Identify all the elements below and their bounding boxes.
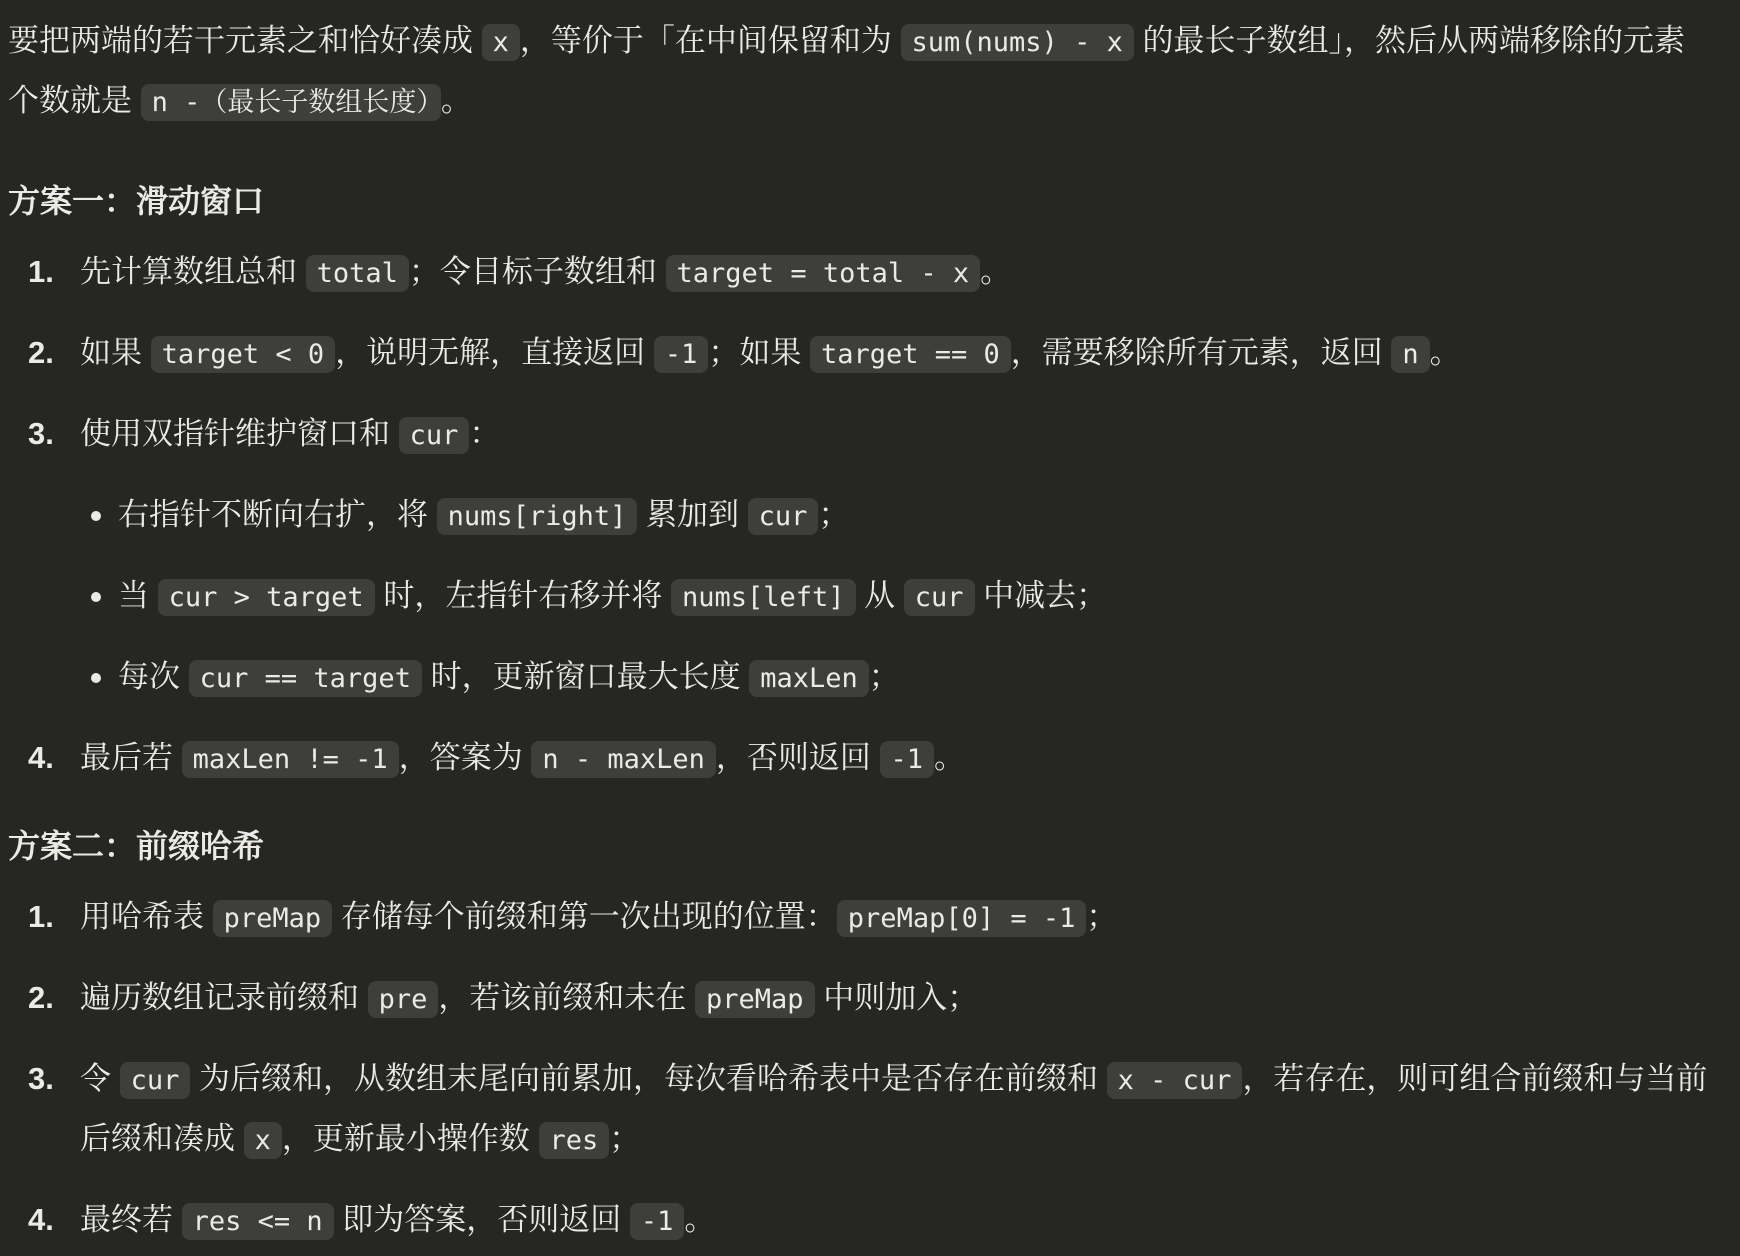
inline-code: nums[left] [671, 579, 856, 616]
list-item: 4.最后若 maxLen != -1，答案为 n - maxLen，否则返回 -… [8, 729, 1714, 789]
inline-code: n - maxLen [531, 741, 716, 778]
text-run: 。 [934, 740, 965, 775]
text-run: 。 [441, 83, 472, 118]
inline-code: preMap [695, 981, 815, 1018]
list-marker: 4. [28, 729, 54, 787]
list-marker: 1. [28, 243, 54, 301]
text-run: ，否则返回 [716, 740, 880, 775]
text-run: ，需要移除所有元素，返回 [1011, 335, 1392, 370]
inline-code: cur == target [189, 660, 422, 697]
text-run: 中则加入； [815, 980, 979, 1015]
text-run: ； [818, 497, 849, 532]
text-run: 即为答案，否则返回 [334, 1202, 630, 1237]
text-run: 当 [118, 578, 158, 613]
inline-code: nums[right] [437, 498, 638, 535]
list-marker: 2. [28, 324, 54, 382]
inline-code: n -（最长子数组长度） [141, 84, 441, 121]
text-run: 遍历数组记录前缀和 [80, 980, 368, 1015]
inline-code: preMap[0] = -1 [837, 900, 1087, 937]
section-heading: 方案二：前缀哈希 [8, 825, 1714, 867]
list-marker: 3. [28, 1050, 54, 1108]
inline-code: x [482, 24, 520, 61]
text-run: ；令目标子数组和 [409, 254, 666, 289]
text-run: 如果 [80, 335, 151, 370]
text-run: 累加到 [637, 497, 747, 532]
list-item: 3.令 cur 为后缀和，从数组末尾向前累加，每次看哈希表中是否存在前缀和 x … [8, 1050, 1714, 1170]
text-run: ； [1086, 899, 1117, 934]
inline-code: -1 [880, 741, 935, 778]
text-run: 令 [80, 1061, 120, 1096]
inline-code: cur [399, 417, 470, 454]
sub-list-item: 当 cur > target 时，左指针右移并将 nums[left] 从 cu… [80, 567, 1714, 627]
text-run: 最终若 [80, 1202, 182, 1237]
text-run: 使用双指针维护窗口和 [80, 416, 399, 451]
steps-list: 1.先计算数组总和 total；令目标子数组和 target = total -… [8, 243, 1714, 789]
text-run: 。 [980, 254, 1011, 289]
sub-list-item: 每次 cur == target 时，更新窗口最大长度 maxLen； [80, 648, 1714, 708]
inline-code: cur > target [158, 579, 375, 616]
inline-code: res <= n [182, 1203, 334, 1240]
list-item: 1.用哈希表 preMap 存储每个前缀和第一次出现的位置：preMap[0] … [8, 888, 1714, 948]
list-item: 3.使用双指针维护窗口和 cur：右指针不断向右扩，将 nums[right] … [8, 405, 1714, 708]
inline-code: cur [904, 579, 975, 616]
text-run: ，说明无解，直接返回 [335, 335, 654, 370]
inline-code: pre [368, 981, 439, 1018]
text-run: 最后若 [80, 740, 182, 775]
text-run: 中减去； [975, 578, 1108, 613]
text-run: 右指针不断向右扩，将 [118, 497, 437, 532]
message-content: 要把两端的若干元素之和恰好凑成 x，等价于「在中间保留和为 sum(nums) … [0, 0, 1740, 1251]
text-run: 为后缀和，从数组末尾向前累加，每次看哈希表中是否存在前缀和 [190, 1061, 1106, 1096]
inline-code: target < 0 [151, 336, 336, 373]
sub-list: 右指针不断向右扩，将 nums[right] 累加到 cur；当 cur > t… [80, 486, 1714, 708]
inline-code: res [539, 1122, 610, 1159]
inline-code: sum(nums) - x [901, 24, 1134, 61]
text-run: ，更新最小操作数 [282, 1121, 539, 1156]
steps-list: 1.用哈希表 preMap 存储每个前缀和第一次出现的位置：preMap[0] … [8, 888, 1714, 1251]
text-run: ； [609, 1121, 640, 1156]
text-run: ，若该前缀和未在 [438, 980, 695, 1015]
inline-code: total [306, 255, 409, 292]
inline-code: -1 [654, 336, 709, 373]
bullet-icon [91, 511, 101, 521]
inline-code: x [244, 1122, 282, 1159]
inline-code: cur [748, 498, 819, 535]
text-run: ；如果 [708, 335, 810, 370]
list-item: 2.遍历数组记录前缀和 pre，若该前缀和未在 preMap 中则加入； [8, 969, 1714, 1029]
text-run: 用哈希表 [80, 899, 213, 934]
text-run: 每次 [118, 659, 189, 694]
list-marker: 1. [28, 888, 54, 946]
text-run: 。 [684, 1202, 715, 1237]
list-marker: 4. [28, 1191, 54, 1249]
bullet-icon [91, 592, 101, 602]
text-run: 。 [1430, 335, 1461, 370]
list-item: 4.最终若 res <= n 即为答案，否则返回 -1。 [8, 1191, 1714, 1251]
list-item: 1.先计算数组总和 total；令目标子数组和 target = total -… [8, 243, 1714, 303]
list-item: 2.如果 target < 0，说明无解，直接返回 -1；如果 target =… [8, 324, 1714, 384]
inline-code: preMap [213, 900, 333, 937]
text-run: 从 [856, 578, 904, 613]
text-run: ，答案为 [399, 740, 532, 775]
inline-code: x - cur [1107, 1062, 1243, 1099]
inline-code: target == 0 [810, 336, 1011, 373]
text-run: ； [869, 659, 900, 694]
inline-code: -1 [630, 1203, 685, 1240]
intro-paragraph: 要把两端的若干元素之和恰好凑成 x，等价于「在中间保留和为 sum(nums) … [8, 12, 1714, 132]
text-run: ，等价于「在中间保留和为 [520, 23, 901, 58]
sub-list-item: 右指针不断向右扩，将 nums[right] 累加到 cur； [80, 486, 1714, 546]
inline-code: n [1391, 336, 1429, 373]
section-heading: 方案一：滑动窗口 [8, 180, 1714, 222]
text-run: 要把两端的若干元素之和恰好凑成 [8, 23, 482, 58]
text-run: 先计算数组总和 [80, 254, 306, 289]
inline-code: target = total - x [666, 255, 981, 292]
text-run: ： [469, 416, 500, 451]
text-run: 存储每个前缀和第一次出现的位置： [332, 899, 837, 934]
inline-code: maxLen [749, 660, 869, 697]
list-marker: 2. [28, 969, 54, 1027]
inline-code: maxLen != -1 [182, 741, 399, 778]
bullet-icon [91, 673, 101, 683]
text-run: 时，更新窗口最大长度 [422, 659, 749, 694]
list-marker: 3. [28, 405, 54, 463]
text-run: 时，左指针右移并将 [375, 578, 671, 613]
inline-code: cur [120, 1062, 191, 1099]
